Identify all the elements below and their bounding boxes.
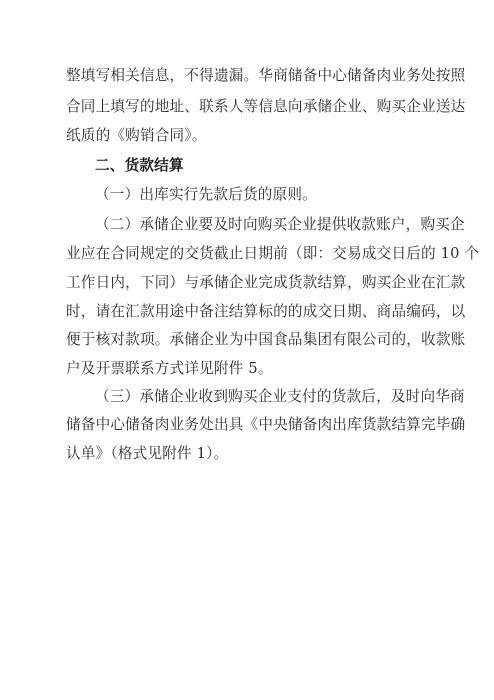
paragraph-line: 合同上填写的地址、联系人等信息向承储企业、购买企业送达 (66, 97, 428, 117)
paragraph-line: （三）承储企业收到购买企业支付的货款后，及时向华商 (95, 387, 428, 407)
paragraph-line: 认单》（格式见附件 1）。 (66, 444, 428, 464)
document-page: 整填写相关信息，不得遗漏。华商储备中心储备肉业务处按照 合同上填写的地址、联系人… (0, 0, 494, 700)
paragraph-line: 工作日内，下同）与承储企业完成货款结算，购买企业在汇款 (66, 273, 428, 293)
paragraph-line: 纸质的《购销合同》。 (66, 126, 428, 146)
paragraph-line: 户及开票联系方式详见附件 5。 (66, 359, 428, 379)
paragraph-line: 时，请在汇款用途中备注结算标的的成交日期、商品编码，以 (66, 302, 428, 322)
paragraph-line: （一）出库实行先款后货的原则。 (95, 185, 428, 205)
paragraph-line: 整填写相关信息，不得遗漏。华商储备中心储备肉业务处按照 (66, 66, 428, 86)
section-heading: 二、货款结算 (95, 156, 428, 176)
paragraph-line: （二）承储企业要及时向购买企业提供收款账户，购买企 (95, 215, 428, 235)
paragraph-line: 业应在合同规定的交货截止日期前（即：交易成交日后的 10 个 (66, 244, 428, 264)
paragraph-line: 储备中心储备肉业务处出具《中央储备肉出库货款结算完毕确 (66, 415, 428, 435)
paragraph-line: 便于核对款项。承储企业为中国食品集团有限公司的，收款账 (66, 330, 428, 350)
